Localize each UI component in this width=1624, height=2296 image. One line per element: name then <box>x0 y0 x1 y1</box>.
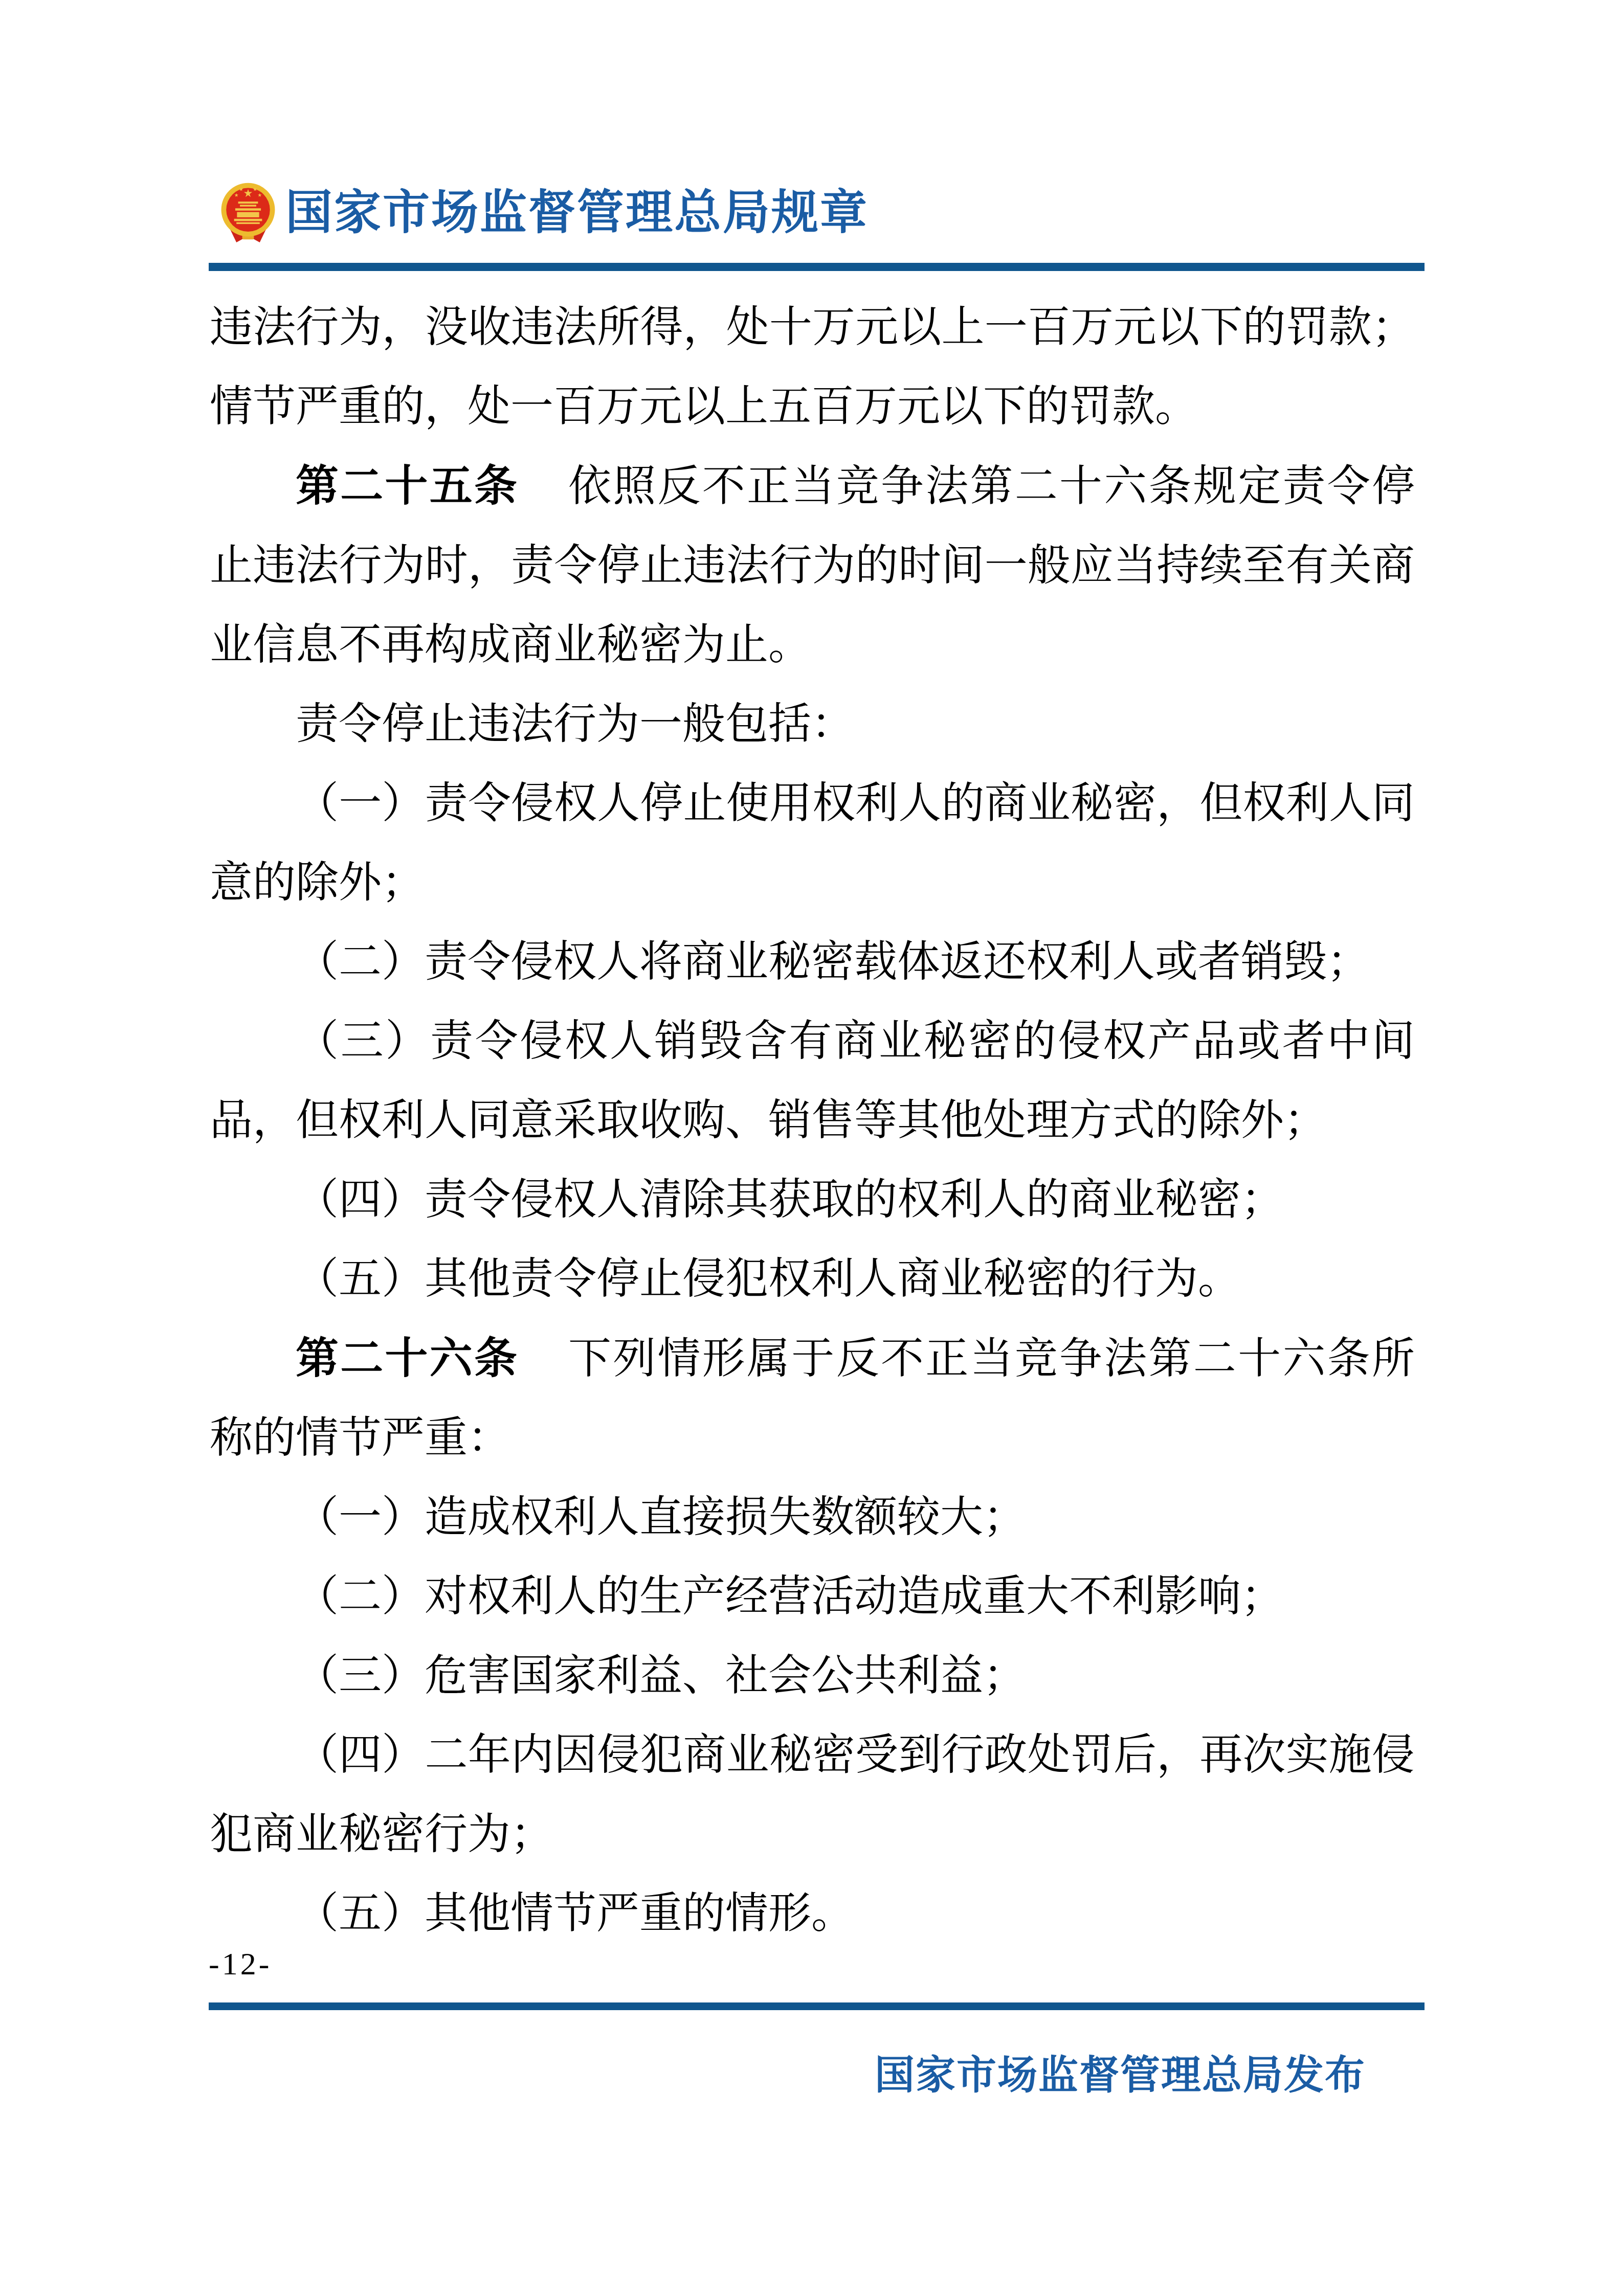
document-body: 违法行为，没收违法所得，处十万元以上一百万元以下的罚款；情节严重的，处一百万元以… <box>210 288 1415 1953</box>
paragraph: （四）责令侵权人清除其获取的权利人的商业秘密； <box>210 1160 1415 1240</box>
paragraph: （一）责令侵权人停止使用权利人的商业秘密，但权利人同意的除外； <box>210 764 1415 922</box>
footer-rule <box>209 2002 1425 2010</box>
paragraph-text: （二）责令侵权人将商业秘密载体返还权利人或者销毁； <box>296 938 1370 986</box>
page-title: 国家市场监督管理总局规章 <box>285 187 869 239</box>
paragraph-text: 违法行为，没收违法所得，处十万元以上一百万元以下的罚款；情节严重的，处一百万元以… <box>210 304 1415 431</box>
header-rule <box>209 263 1425 271</box>
paragraph-text: （三）危害国家利益、社会公共利益； <box>296 1652 1026 1700</box>
paragraph-text: （三）责令侵权人销毁含有商业秘密的侵权产品或者中间品，但权利人同意采取收购、销售… <box>210 1018 1415 1144</box>
article-number: 第二十六条 <box>296 1334 519 1382</box>
paragraph: （二）对权利人的生产经营活动造成重大不利影响； <box>210 1557 1415 1636</box>
paragraph-text: 责令停止违法行为一般包括： <box>296 701 854 748</box>
paragraph: 违法行为，没收违法所得，处十万元以上一百万元以下的罚款；情节严重的，处一百万元以… <box>210 288 1415 446</box>
paragraph-text: （一）责令侵权人停止使用权利人的商业秘密，但权利人同意的除外； <box>210 780 1415 907</box>
article-number: 第二十五条 <box>296 462 519 510</box>
paragraph: （五）其他情节严重的情形。 <box>210 1874 1415 1953</box>
paragraph: （五）其他责令停止侵犯权利人商业秘密的行为。 <box>210 1240 1415 1319</box>
paragraph-text: （四）责令侵权人清除其获取的权利人的商业秘密； <box>296 1176 1284 1224</box>
paragraph-text: （一）造成权利人直接损失数额较大； <box>296 1494 1026 1541</box>
paragraph: （二）责令侵权人将商业秘密载体返还权利人或者销毁； <box>210 922 1415 1002</box>
paragraph: 第二十六条下列情形属于反不正当竞争法第二十六条所称的情节严重： <box>210 1319 1415 1478</box>
paragraph: （三）危害国家利益、社会公共利益； <box>210 1636 1415 1716</box>
national-emblem-icon <box>219 182 277 244</box>
paragraph: （一）造成权利人直接损失数额较大； <box>210 1478 1415 1557</box>
paragraph-text: （二）对权利人的生产经营活动造成重大不利影响； <box>296 1573 1284 1620</box>
paragraph: （三）责令侵权人销毁含有商业秘密的侵权产品或者中间品，但权利人同意采取收购、销售… <box>210 1002 1415 1160</box>
publisher-label: 国家市场监督管理总局发布 <box>875 2043 1366 2101</box>
paragraph-text: （五）其他情节严重的情形。 <box>296 1890 854 1938</box>
paragraph: （四）二年内因侵犯商业秘密受到行政处罚后，再次实施侵犯商业秘密行为； <box>210 1716 1415 1874</box>
document-page: 国家市场监督管理总局规章 违法行为，没收违法所得，处十万元以上一百万元以下的罚款… <box>0 0 1624 2296</box>
page-number: -12- <box>209 1946 272 1983</box>
paragraph: 责令停止违法行为一般包括： <box>210 685 1415 764</box>
paragraph-text: （四）二年内因侵犯商业秘密受到行政处罚后，再次实施侵犯商业秘密行为； <box>210 1731 1415 1858</box>
paragraph-text: （五）其他责令停止侵犯权利人商业秘密的行为。 <box>296 1255 1241 1303</box>
paragraph: 第二十五条依照反不正当竞争法第二十六条规定责令停止违法行为时，责令停止违法行为的… <box>210 446 1415 685</box>
